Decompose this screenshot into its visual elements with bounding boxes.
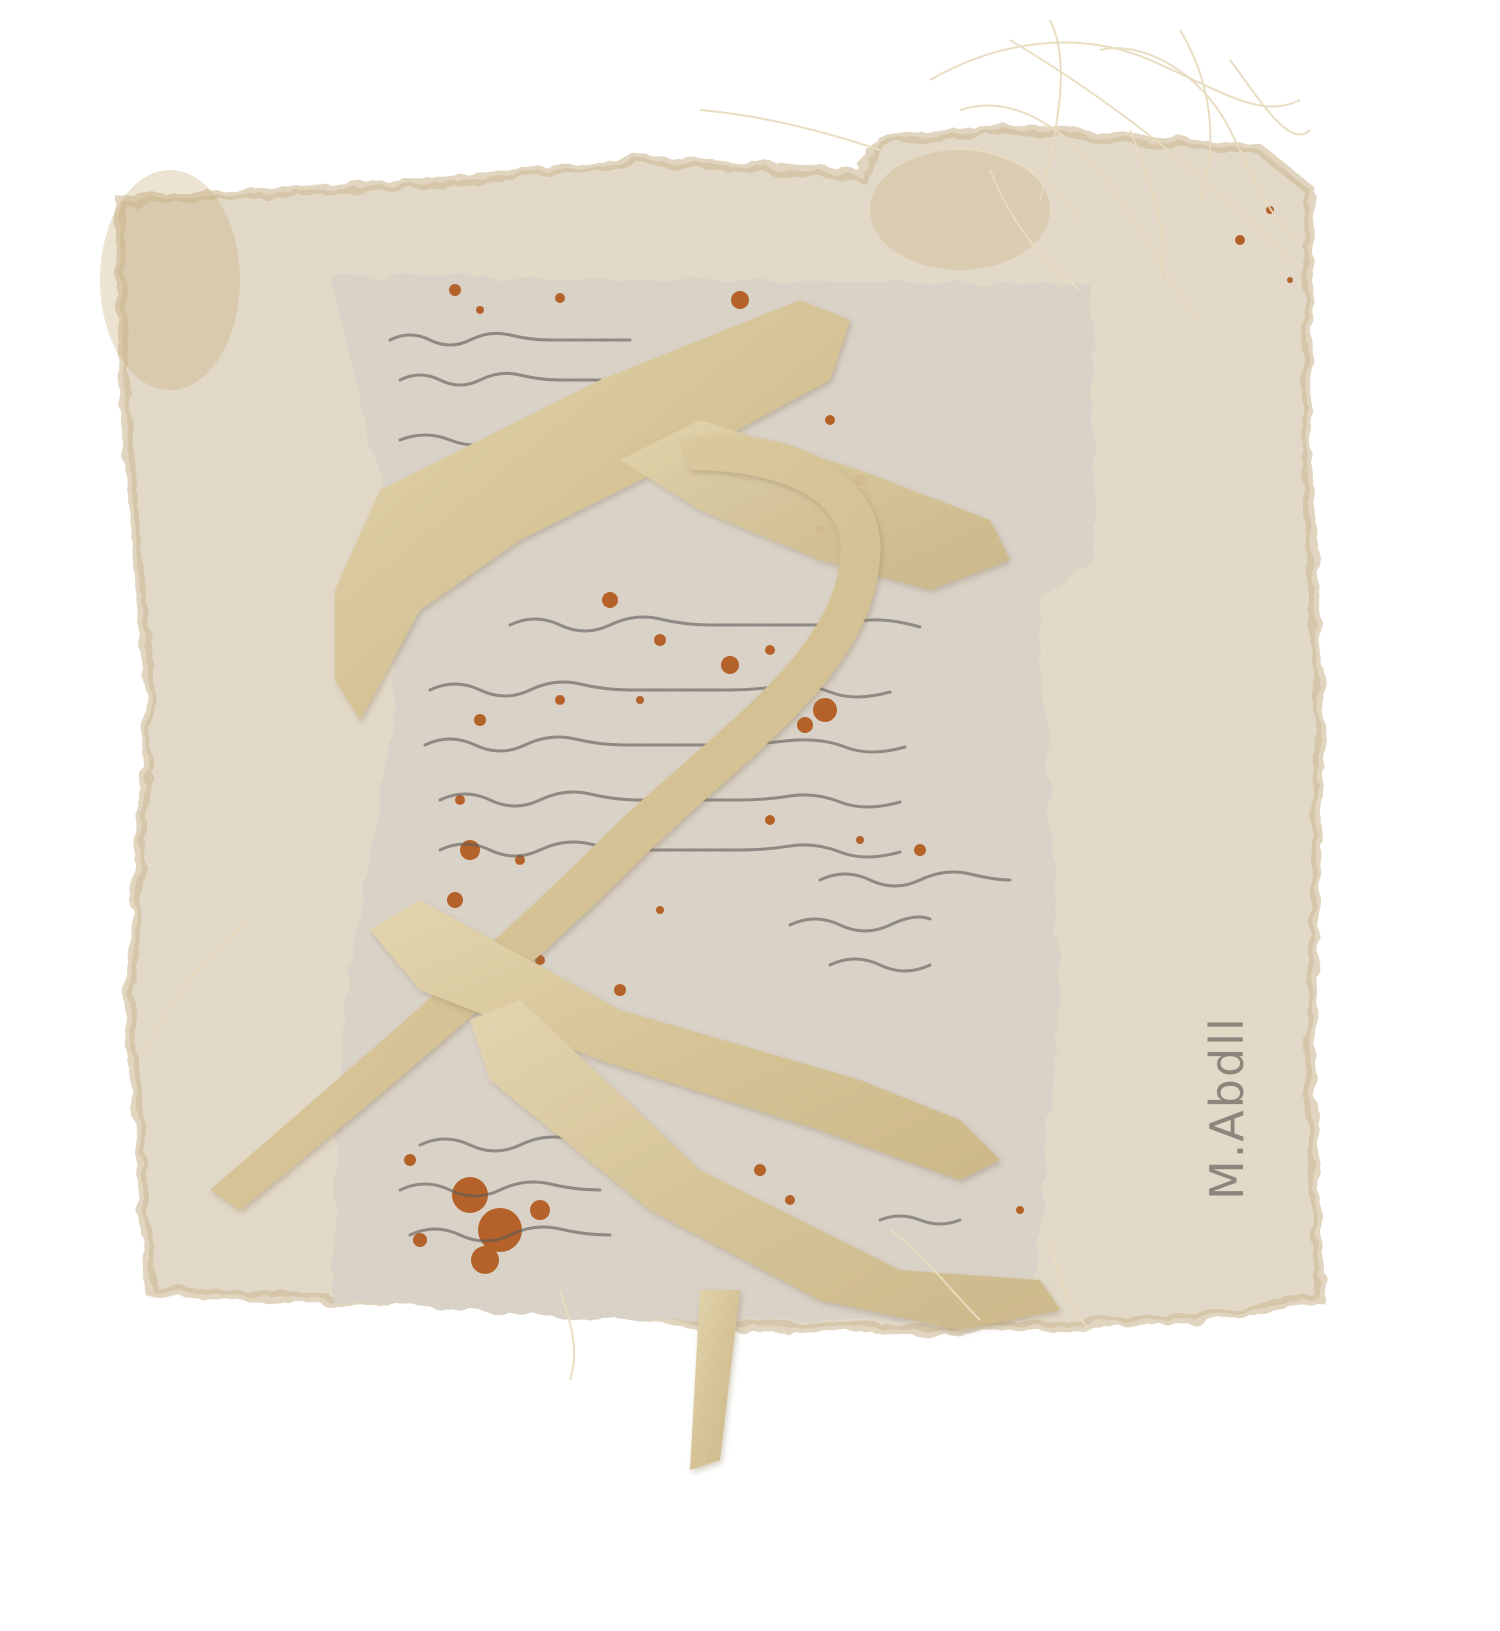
artist-signature: M.Abdll bbox=[1200, 1016, 1254, 1200]
paper-collage-artwork: M.Abdll bbox=[0, 0, 1500, 1631]
collage-illustration bbox=[0, 0, 1500, 1631]
aged-corner-stain bbox=[100, 170, 240, 390]
aged-stain bbox=[870, 150, 1050, 270]
